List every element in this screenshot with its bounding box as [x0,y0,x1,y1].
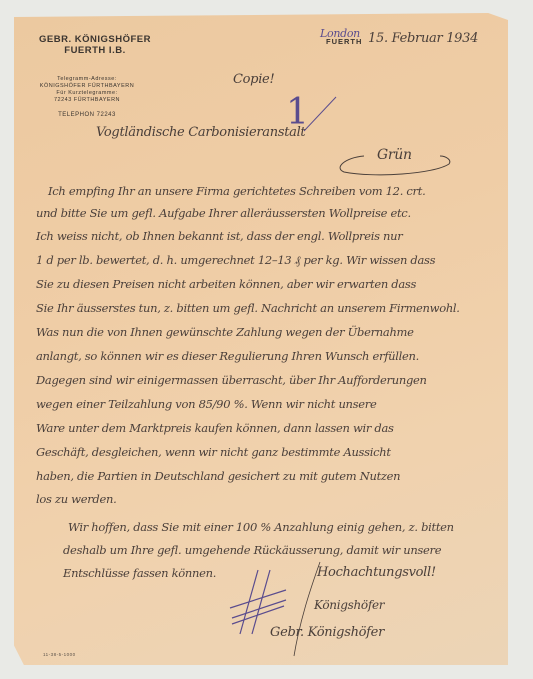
copy-mark: Copie! [233,72,274,87]
recipient: Vogtländische Carbonisieranstalt [96,125,305,140]
letterhead-telegram: Telegramm-Adresse: KÖNIGSHÖFER FÜRTHBAYE… [22,76,152,104]
letter-date: 15. Februar 1934 [368,31,478,46]
body-line: anlangt, so können wir es dieser Regulie… [36,349,419,363]
signature-flourish-icon [290,560,330,660]
short-telegram-label: Für Kurztelegramme: [22,90,152,97]
body-line: Wir hoffen, dass Sie mit einer 100 % Anz… [68,520,454,534]
telegram-address: KÖNIGSHÖFER FÜRTHBAYERN [22,83,152,90]
body-line: Entschlüsse fassen können. [63,566,216,580]
print-code: 11-38-5-1000 [43,652,76,657]
short-telegram-address: 72243 FÜRTHBAYERN [22,97,152,104]
body-line: 1 d per lb. bewertet, d. h. umgerechnet … [36,253,435,267]
company-city: FUERTH I.B. [20,45,170,56]
body-line: Dagegen sind wir einigermassen überrasch… [36,373,427,387]
body-line: deshalb um Ihre gefl. umgehende Rückäuss… [63,543,441,557]
routing-underline-icon [334,150,454,180]
body-line: Ich empfing Ihr an unsere Firma gerichte… [48,184,425,198]
body-line: los zu werden. [36,492,116,506]
place-stamp: FUERTH [326,37,362,46]
body-line: Sie Ihr äusserstes tun, z. bitten um gef… [36,301,460,315]
body-line: haben, die Partien in Deutschland gesich… [36,469,400,483]
body-line: wegen einer Teilzahlung von 85/90 %. Wen… [36,397,376,411]
body-line: Was nun die von Ihnen gewünschte Zahlung… [36,325,414,339]
closing-salutation: Hochachtungsvoll! [317,565,436,580]
telephone: TELEPHON 72243 [22,112,152,119]
company-name: GEBR. KÖNIGSHÖFER [20,34,170,45]
body-line: Ware unter dem Marktpreis kaufen können,… [36,421,394,435]
body-line: Sie zu diesen Preisen nicht arbeiten kön… [36,277,416,291]
hash-mark-icon [228,568,288,638]
body-line: und bitte Sie um gefl. Aufgabe Ihrer all… [36,206,411,220]
body-line: Geschäft, desgleichen, wenn wir nicht ga… [36,445,391,459]
telegram-label: Telegramm-Adresse: [22,76,152,83]
body-line: Ich weiss nicht, ob Ihnen bekannt ist, d… [36,229,402,243]
letterhead-company: GEBR. KÖNIGSHÖFER FUERTH I.B. [20,34,170,56]
slash-mark-icon [300,95,340,135]
